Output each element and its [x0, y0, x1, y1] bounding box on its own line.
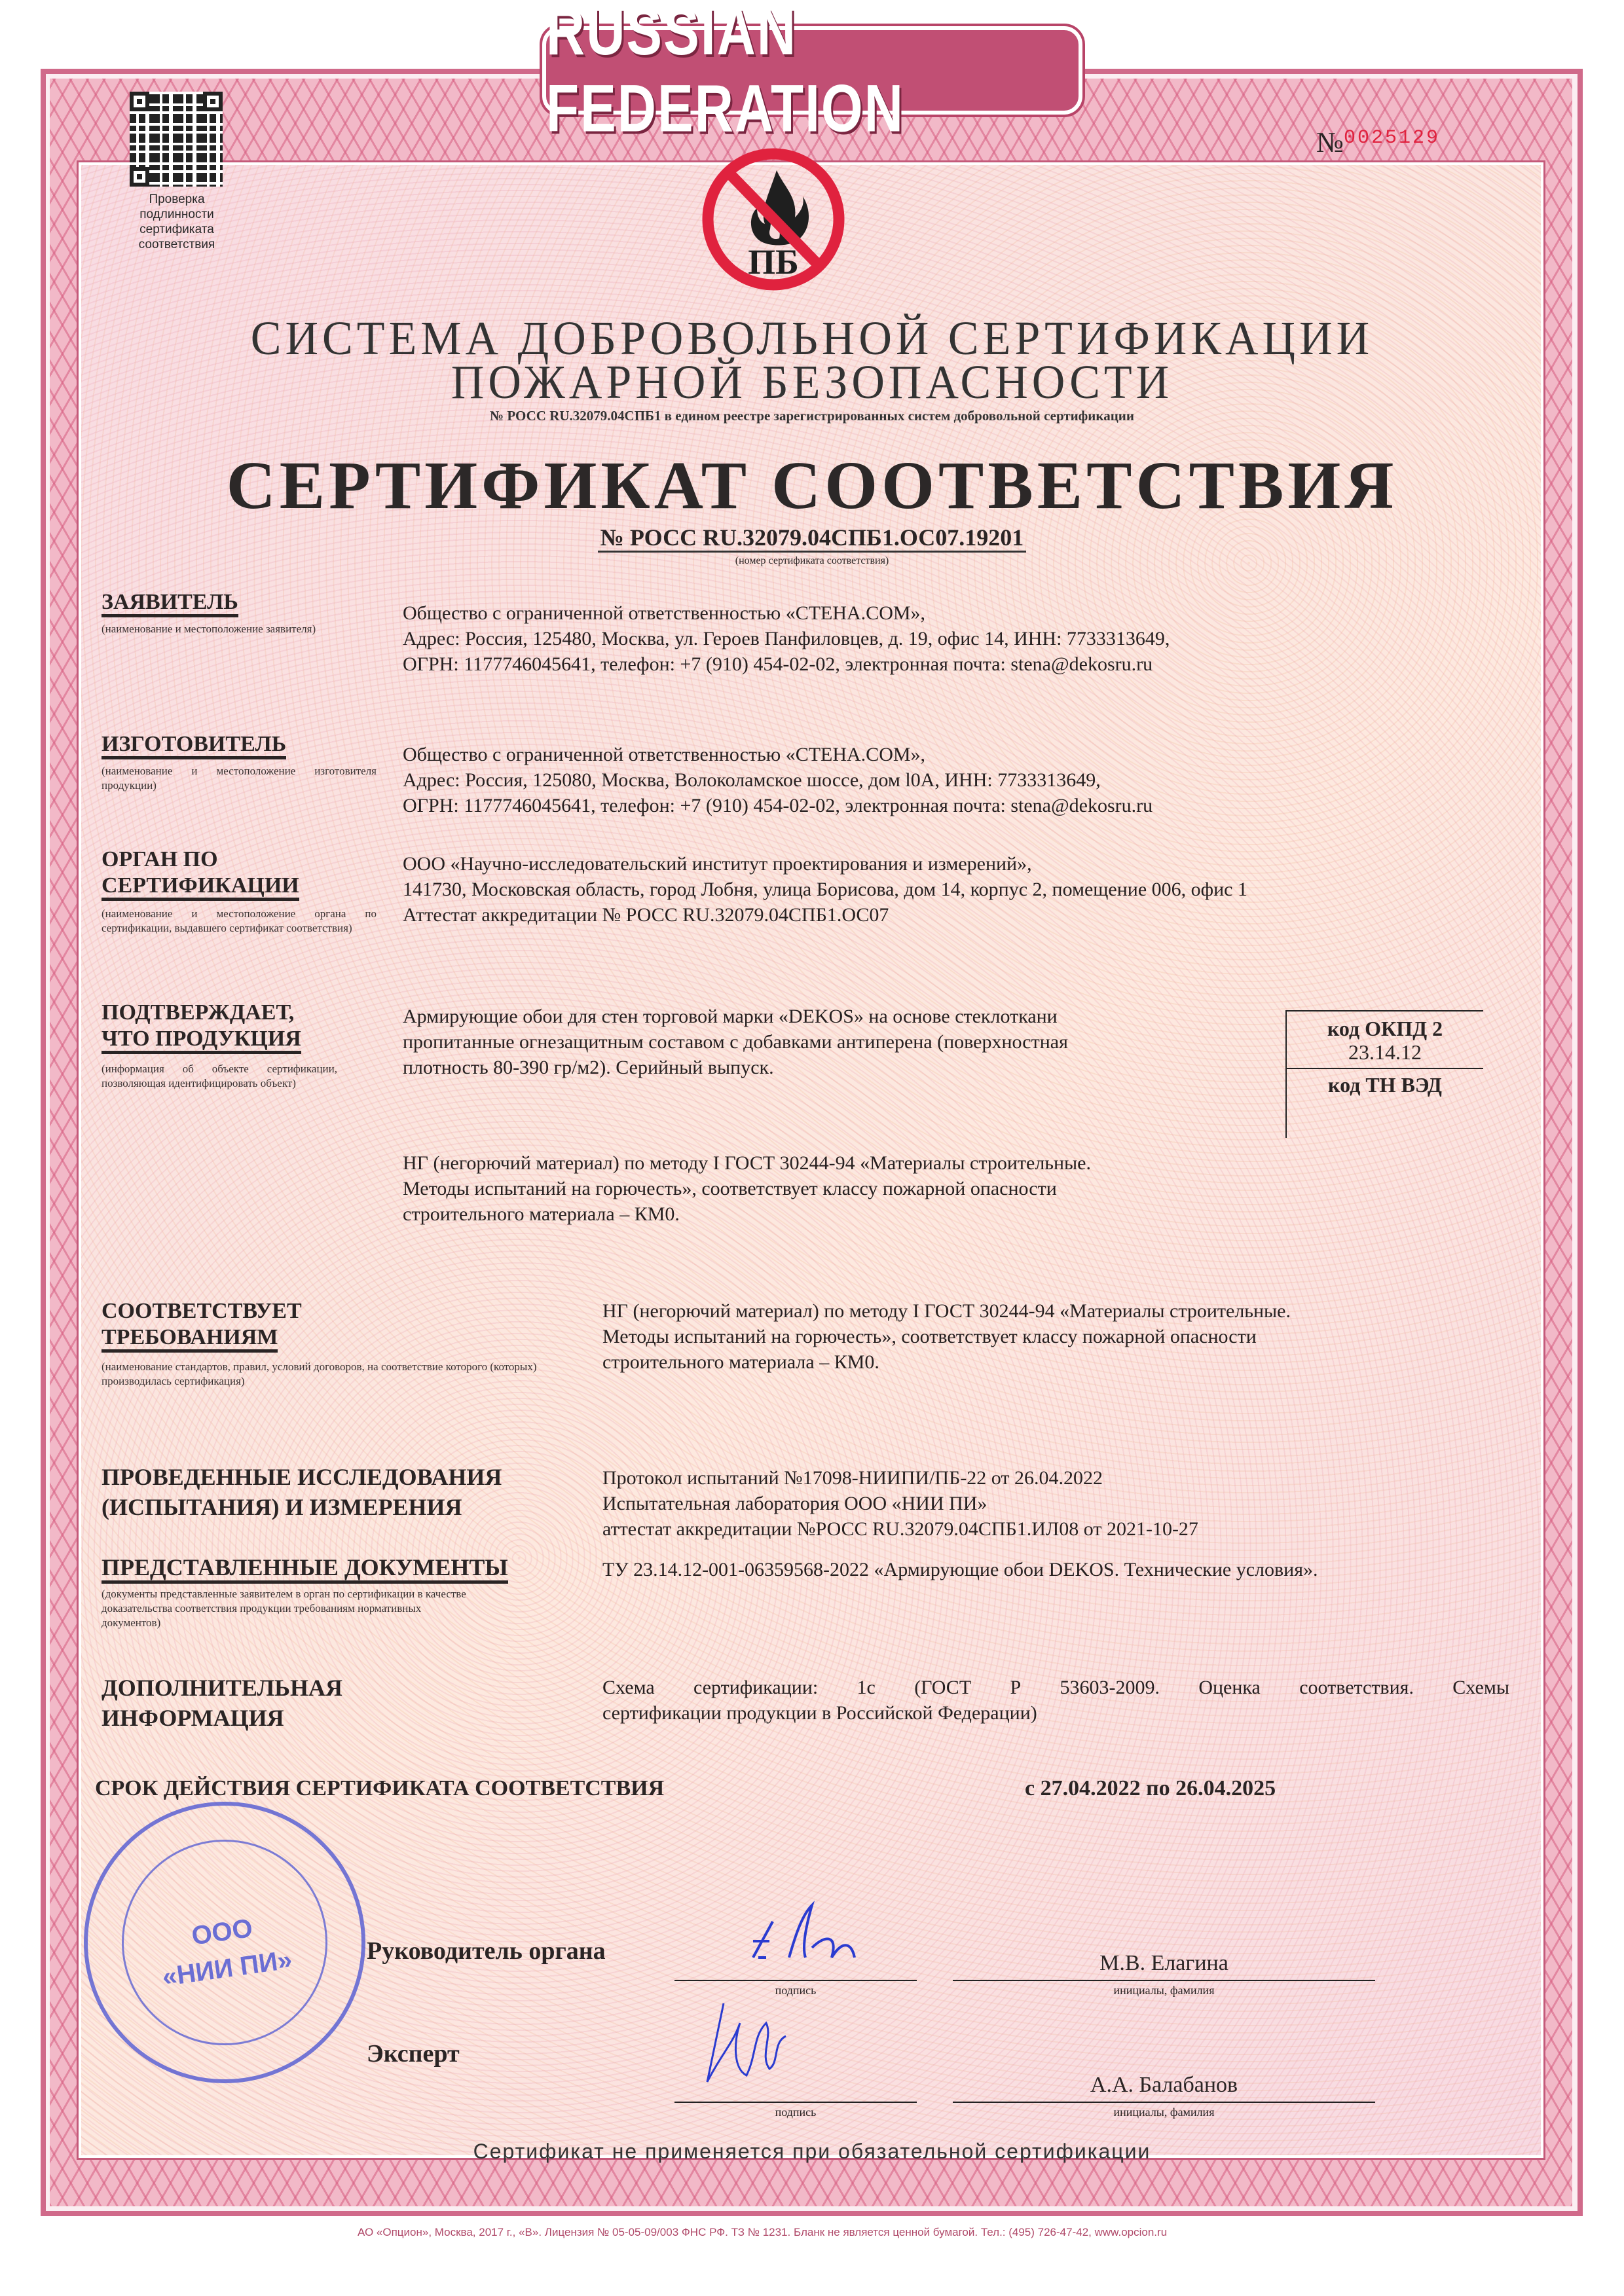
- qr-caption: Проверка подлинности сертификата соответ…: [121, 192, 232, 252]
- head-name: М.В. Елагина: [953, 1951, 1375, 1976]
- head-name-caption: инициалы, фамилия: [953, 1984, 1375, 1997]
- validity-period: с 27.04.2022 по 26.04.2025: [1025, 1776, 1276, 1801]
- svg-text:ПБ: ПБ: [748, 242, 799, 282]
- requirements-value: НГ (негорючий материал) по методу I ГОСТ…: [602, 1298, 1291, 1375]
- head-signature-caption: подпись: [674, 1984, 917, 1997]
- system-title-line2: ПОЖАРНОЙ БЕЗОПАСНОСТИ: [0, 355, 1624, 410]
- product-value: Армирующие обои для стен торговой марки …: [403, 1004, 1068, 1080]
- requirements-sublabel: (наименование стандартов, правил, услови…: [101, 1360, 573, 1389]
- tests-value: Протокол испытаний №17098-НИИПИ/ПБ-22 от…: [602, 1465, 1198, 1542]
- expert-name: А.А. Балабанов: [953, 2073, 1375, 2098]
- okpd-label: код ОКПД 2: [1287, 1017, 1483, 1040]
- cert-body-sublabel: (наименование и местоположение органа по…: [101, 907, 377, 936]
- product-label: ПОДТВЕРЖДАЕТ, ЧТО ПРОДУКЦИЯ: [101, 1000, 301, 1052]
- tests-label: ПРОВЕДЕННЫЕ ИССЛЕДОВАНИЯ (ИСПЫТАНИЯ) И И…: [101, 1462, 502, 1522]
- applicant-value: Общество с ограниченной ответственностью…: [403, 600, 1170, 677]
- product-codes-box: код ОКПД 2 23.14.12 код ТН ВЭД: [1285, 1010, 1483, 1138]
- manufacturer-label: ИЗГОТОВИТЕЛЬ: [101, 731, 286, 757]
- manufacturer-sublabel: (наименование и местоположение изготовит…: [101, 764, 377, 793]
- requirements-label: СООТВЕТСТВУЕТ ТРЕБОВАНИЯМ: [101, 1298, 302, 1351]
- documents-value: ТУ 23.14.12-001-06359568-2022 «Армирующи…: [602, 1557, 1318, 1582]
- expert-signature-line: [674, 2102, 917, 2103]
- head-signature-line: [674, 1980, 917, 1981]
- documents-label: ПРЕДСТАВЛЕННЫЕ ДОКУМЕНТЫ: [101, 1554, 508, 1580]
- cert-body-label: ОРГАН ПО СЕРТИФИКАЦИИ: [101, 847, 299, 899]
- okpd-value: 23.14.12: [1287, 1040, 1483, 1064]
- expert-role-label: Эксперт: [367, 2039, 460, 2068]
- qr-code-icon[interactable]: [130, 92, 223, 187]
- no-fire-prohibition-icon: ПБ: [699, 145, 847, 293]
- certificate-number: № РОСС RU.32079.04СПБ1.ОС07.19201: [0, 524, 1624, 551]
- expert-name-caption: инициалы, фамилия: [953, 2105, 1375, 2119]
- validity-label: СРОК ДЕЙСТВИЯ СЕРТИФИКАТА СООТВЕТСТВИЯ: [95, 1776, 664, 1801]
- expert-name-line: [953, 2102, 1375, 2103]
- qr-finder: [130, 92, 149, 111]
- cert-body-value: ООО «Научно-исследовательский институт п…: [403, 851, 1247, 928]
- country-banner: RUSSIAN FEDERATION: [542, 26, 1082, 115]
- additional-value: Схема сертификации: 1с (ГОСТ Р 53603-200…: [602, 1675, 1509, 1726]
- qr-finder: [130, 167, 149, 187]
- certificate-number-caption: (номер сертификата соответствия): [0, 555, 1624, 567]
- applicant-label: ЗАЯВИТЕЛЬ: [101, 589, 238, 615]
- qr-finder: [203, 92, 223, 111]
- head-role-label: Руководитель органа: [367, 1937, 606, 1965]
- tnved-label: код ТН ВЭД: [1287, 1069, 1483, 1098]
- expert-signature: [694, 1997, 825, 2088]
- product-extra-value: НГ (негорючий материал) по методу I ГОСТ…: [403, 1150, 1091, 1227]
- product-sublabel: (информация об объекте сертификации, поз…: [101, 1062, 337, 1091]
- additional-label: ДОПОЛНИТЕЛЬНАЯ ИНФОРМАЦИЯ: [101, 1673, 342, 1733]
- printer-imprint: АО «Опцион», Москва, 2017 г., «В». Лицен…: [354, 2225, 1171, 2240]
- documents-sublabel: (документы представленные заявителем в о…: [101, 1587, 481, 1630]
- manufacturer-value: Общество с ограниченной ответственностью…: [403, 742, 1153, 818]
- form-serial-number: № 0025129: [1316, 126, 1344, 160]
- applicant-sublabel: (наименование и местоположение заявителя…: [101, 622, 377, 636]
- system-registry: № РОСС RU.32079.04СПБ1 в едином реестре …: [0, 408, 1624, 424]
- head-name-line: [953, 1980, 1375, 1981]
- expert-signature-caption: подпись: [674, 2105, 917, 2119]
- organization-stamp: ООО «НИИ ПИ»: [84, 1802, 365, 2083]
- not-mandatory-notice: Сертификат не применяется при обязательн…: [0, 2140, 1624, 2164]
- certificate-title: СЕРТИФИКАТ СООТВЕТСТВИЯ: [0, 446, 1624, 524]
- head-signature: [740, 1895, 910, 1967]
